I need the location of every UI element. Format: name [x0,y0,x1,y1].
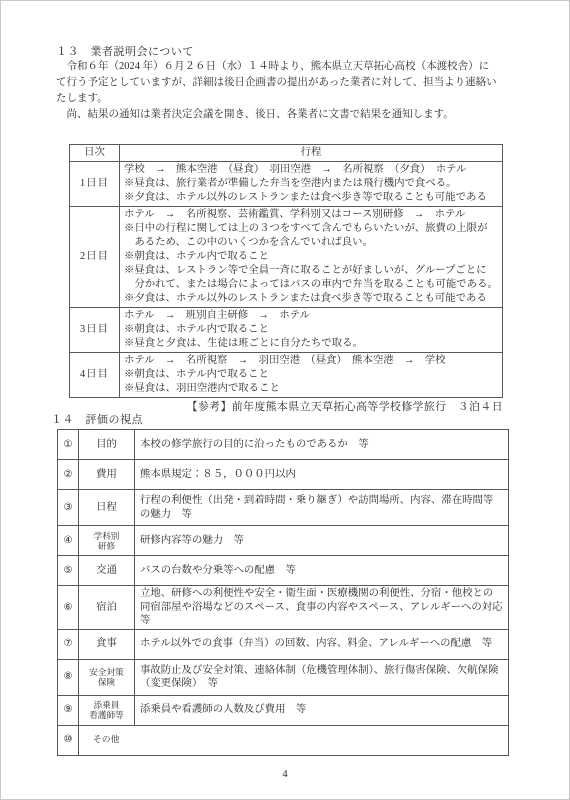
row-label: 食事 [79,629,135,659]
route-line: ※昼食は、旅行業者が準備した弁当を空港内または飛行機内で食べる。 [124,177,498,191]
row-content: 事故防止及び安全対策、連絡体制（危機管理体制）、旅行傷害保険、欠航保険（変更保険… [135,659,509,695]
row-number: ⑩ [58,725,79,755]
vendor-briefing-paragraph: 令和６年（2024 年）６月２６日（水）１４時より、熊本県立天草拓心高校（本渡校… [56,59,526,123]
row-number: ② [58,460,79,490]
evaluation-row-safety-insurance: ⑧ 安全対策 保険 事故防止及び安全対策、連絡体制（危機管理体制）、旅行傷害保険… [58,659,509,695]
row-content: 立地、研修への利便性や安全・衛生面・医療機関の利便性、分宿・他校との同宿部屋や浴… [135,586,509,630]
row-label: 宿泊 [79,586,135,630]
evaluation-row-attendants: ⑨ 添乗員 看護師等 添乗員や看護師の人数及び費用 等 [58,695,509,725]
row-label-merged: その他 [79,725,509,755]
route-line: あるため、この中のいくつかを含んでいれば良い。 [124,236,498,250]
section-13-heading: １３ 業者説明会について [56,43,194,59]
evaluation-row-meals: ⑦ 食事 ホテル以外での食事（弁当）の回数、内容、料金、アレルギーへの配慮 等 [58,629,509,659]
paragraph-line: て行う予定としていますが、詳細は後日企画書の提出があった業者に対して、担当より連… [56,75,526,91]
route-line: ホテル → 班別自主研修 → ホテル [124,309,498,323]
itinerary-table: 日次 行程 1日目 学校 → 熊本空港 （昼食） 羽田空港 → 名所視察 （夕食… [69,144,503,398]
row-content: ホテル以外での食事（弁当）の回数、内容、料金、アレルギーへの配慮 等 [135,629,509,659]
row-number: ⑦ [58,629,79,659]
day-cell: 4日目 [70,353,120,398]
header-day: 日次 [70,145,120,162]
row-content: バスの台数や分乗等への配慮 等 [135,556,509,586]
section-14-heading: １４ 評価の視点 [51,411,143,427]
row-content: 熊本県規定：８５，０００円以内 [135,460,509,490]
route-line: ※朝食は、ホテル内で取ること [124,250,498,264]
row-number: ① [58,430,79,460]
row-label-line: 添乗員 [80,700,133,710]
route-line: ※昼食と夕食は、生徒は班ごとに自分たちで取る。 [124,337,498,351]
route-line: ※日中の行程に関しては上の３つをすべて含んでもらいたいが、旅費の上限が [124,222,498,236]
row-number: ⑨ [58,695,79,725]
document-page: １３ 業者説明会について 令和６年（2024 年）６月２６日（水）１４時より、熊… [0,0,570,800]
route-line: ※朝食は、ホテル内で取ること [124,323,498,337]
row-label: 日程 [79,490,135,526]
evaluation-row-lodging: ⑥ 宿泊 立地、研修への利便性や安全・衛生面・医療機関の利便性、分宿・他校との同… [58,586,509,630]
paragraph-line: 令和６年（2024 年）６月２６日（水）１４時より、熊本県立天草拓心高校（本渡校… [56,59,526,75]
header-route: 行程 [120,145,503,162]
evaluation-row-transport: ⑤ 交通 バスの台数や分乗等への配慮 等 [58,556,509,586]
route-line: ※昼食は、羽田空港内で取ること [124,382,498,396]
evaluation-row-department-training: ④ 学科別 研修 研修内容等の魅力 等 [58,526,509,556]
route-line: 学校 → 熊本空港 （昼食） 羽田空港 → 名所視察 （夕食） ホテル [124,163,498,177]
row-number: ⑥ [58,586,79,630]
page-number: 4 [1,769,569,780]
row-label: 目的 [79,430,135,460]
table-row-day3: 3日目 ホテル → 班別自主研修 → ホテル ※朝食は、ホテル内で取ること ※昼… [70,308,503,353]
row-number: ④ [58,526,79,556]
row-content: 行程の利便性（出発・到着時間・乗り継ぎ）や訪問場所、内容、滞在時間等の魅力 等 [135,490,509,526]
row-label: 費用 [79,460,135,490]
row-label-line: 安全対策 [80,667,133,677]
evaluation-row-schedule: ③ 日程 行程の利便性（出発・到着時間・乗り継ぎ）や訪問場所、内容、滞在時間等の… [58,490,509,526]
route-line: ※昼食は、レストラン等で全員一斉に取ることが好ましいが、グループごとに [124,264,498,278]
route-line: ※朝食は、ホテル内で取ること [124,368,498,382]
evaluation-row-other: ⑩ その他 [58,725,509,755]
day-cell: 1日目 [70,162,120,207]
row-label-line: 費用 [80,468,133,482]
row-content: 研修内容等の魅力 等 [135,526,509,556]
row-label: 交通 [79,556,135,586]
evaluation-row-cost: ② 費用 熊本県規定：８５，０００円以内 [58,460,509,490]
row-content: 本校の修学旅行の目的に沿ったものであるか 等 [135,430,509,460]
paragraph-line: 尚、結果の通知は業者決定会議を開き、後日、各業者に文書で結果を通知します。 [56,107,526,123]
evaluation-row-purpose: ① 目的 本校の修学旅行の目的に沿ったものであるか 等 [58,430,509,460]
row-label-line: 目的 [80,438,133,452]
route-cell: 学校 → 熊本空港 （昼食） 羽田空港 → 名所視察 （夕食） ホテル ※昼食は… [120,162,503,207]
row-label-line: 研修 [80,541,133,551]
row-content: 添乗員や看護師の人数及び費用 等 [135,695,509,725]
row-label-line: 宿泊 [80,601,133,615]
row-number: ⑤ [58,556,79,586]
route-cell: ホテル → 名所視察、芸術鑑賞、学科別又はコース別研修 → ホテル ※日中の行程… [120,207,503,308]
row-label: 添乗員 看護師等 [79,695,135,725]
table-row-day4: 4日目 ホテル → 名所視察 → 羽田空港 （昼食） 熊本空港 → 学校 ※朝食… [70,353,503,398]
route-line: 分かれて、または場合によってはバスの車内で弁当を取ることも可能である。 [124,278,498,292]
table-header-row: 日次 行程 [70,145,503,162]
evaluation-table: ① 目的 本校の修学旅行の目的に沿ったものであるか 等 ② 費用 熊本県規定：８… [57,429,509,756]
day-cell: 2日目 [70,207,120,308]
table-row-day2: 2日目 ホテル → 名所視察、芸術鑑賞、学科別又はコース別研修 → ホテル ※日… [70,207,503,308]
row-label-line: 看護師等 [80,710,133,720]
row-label-line: 保険 [80,677,133,687]
day-cell: 3日目 [70,308,120,353]
row-label: 安全対策 保険 [79,659,135,695]
row-label-line: 学科別 [80,531,133,541]
row-label-line: 日程 [80,501,133,515]
row-label-line: 交通 [80,564,133,578]
row-number: ⑧ [58,659,79,695]
route-line: ホテル → 名所視察、芸術鑑賞、学科別又はコース別研修 → ホテル [124,208,498,222]
row-number: ③ [58,490,79,526]
row-label: 学科別 研修 [79,526,135,556]
route-line: ホテル → 名所視察 → 羽田空港 （昼食） 熊本空港 → 学校 [124,354,498,368]
paragraph-line: たします。 [56,91,526,107]
route-cell: ホテル → 班別自主研修 → ホテル ※朝食は、ホテル内で取ること ※昼食と夕食… [120,308,503,353]
route-line: ※夕食は、ホテル以外のレストランまたは食べ歩き等で取ることも可能である [124,191,498,205]
row-label-line: 食事 [80,637,133,651]
route-cell: ホテル → 名所視察 → 羽田空港 （昼食） 熊本空港 → 学校 ※朝食は、ホテ… [120,353,503,398]
table-row-day1: 1日目 学校 → 熊本空港 （昼食） 羽田空港 → 名所視察 （夕食） ホテル … [70,162,503,207]
route-line: ※夕食は、ホテル以外のレストランまたは食べ歩き等で取ることも可能である [124,292,498,306]
